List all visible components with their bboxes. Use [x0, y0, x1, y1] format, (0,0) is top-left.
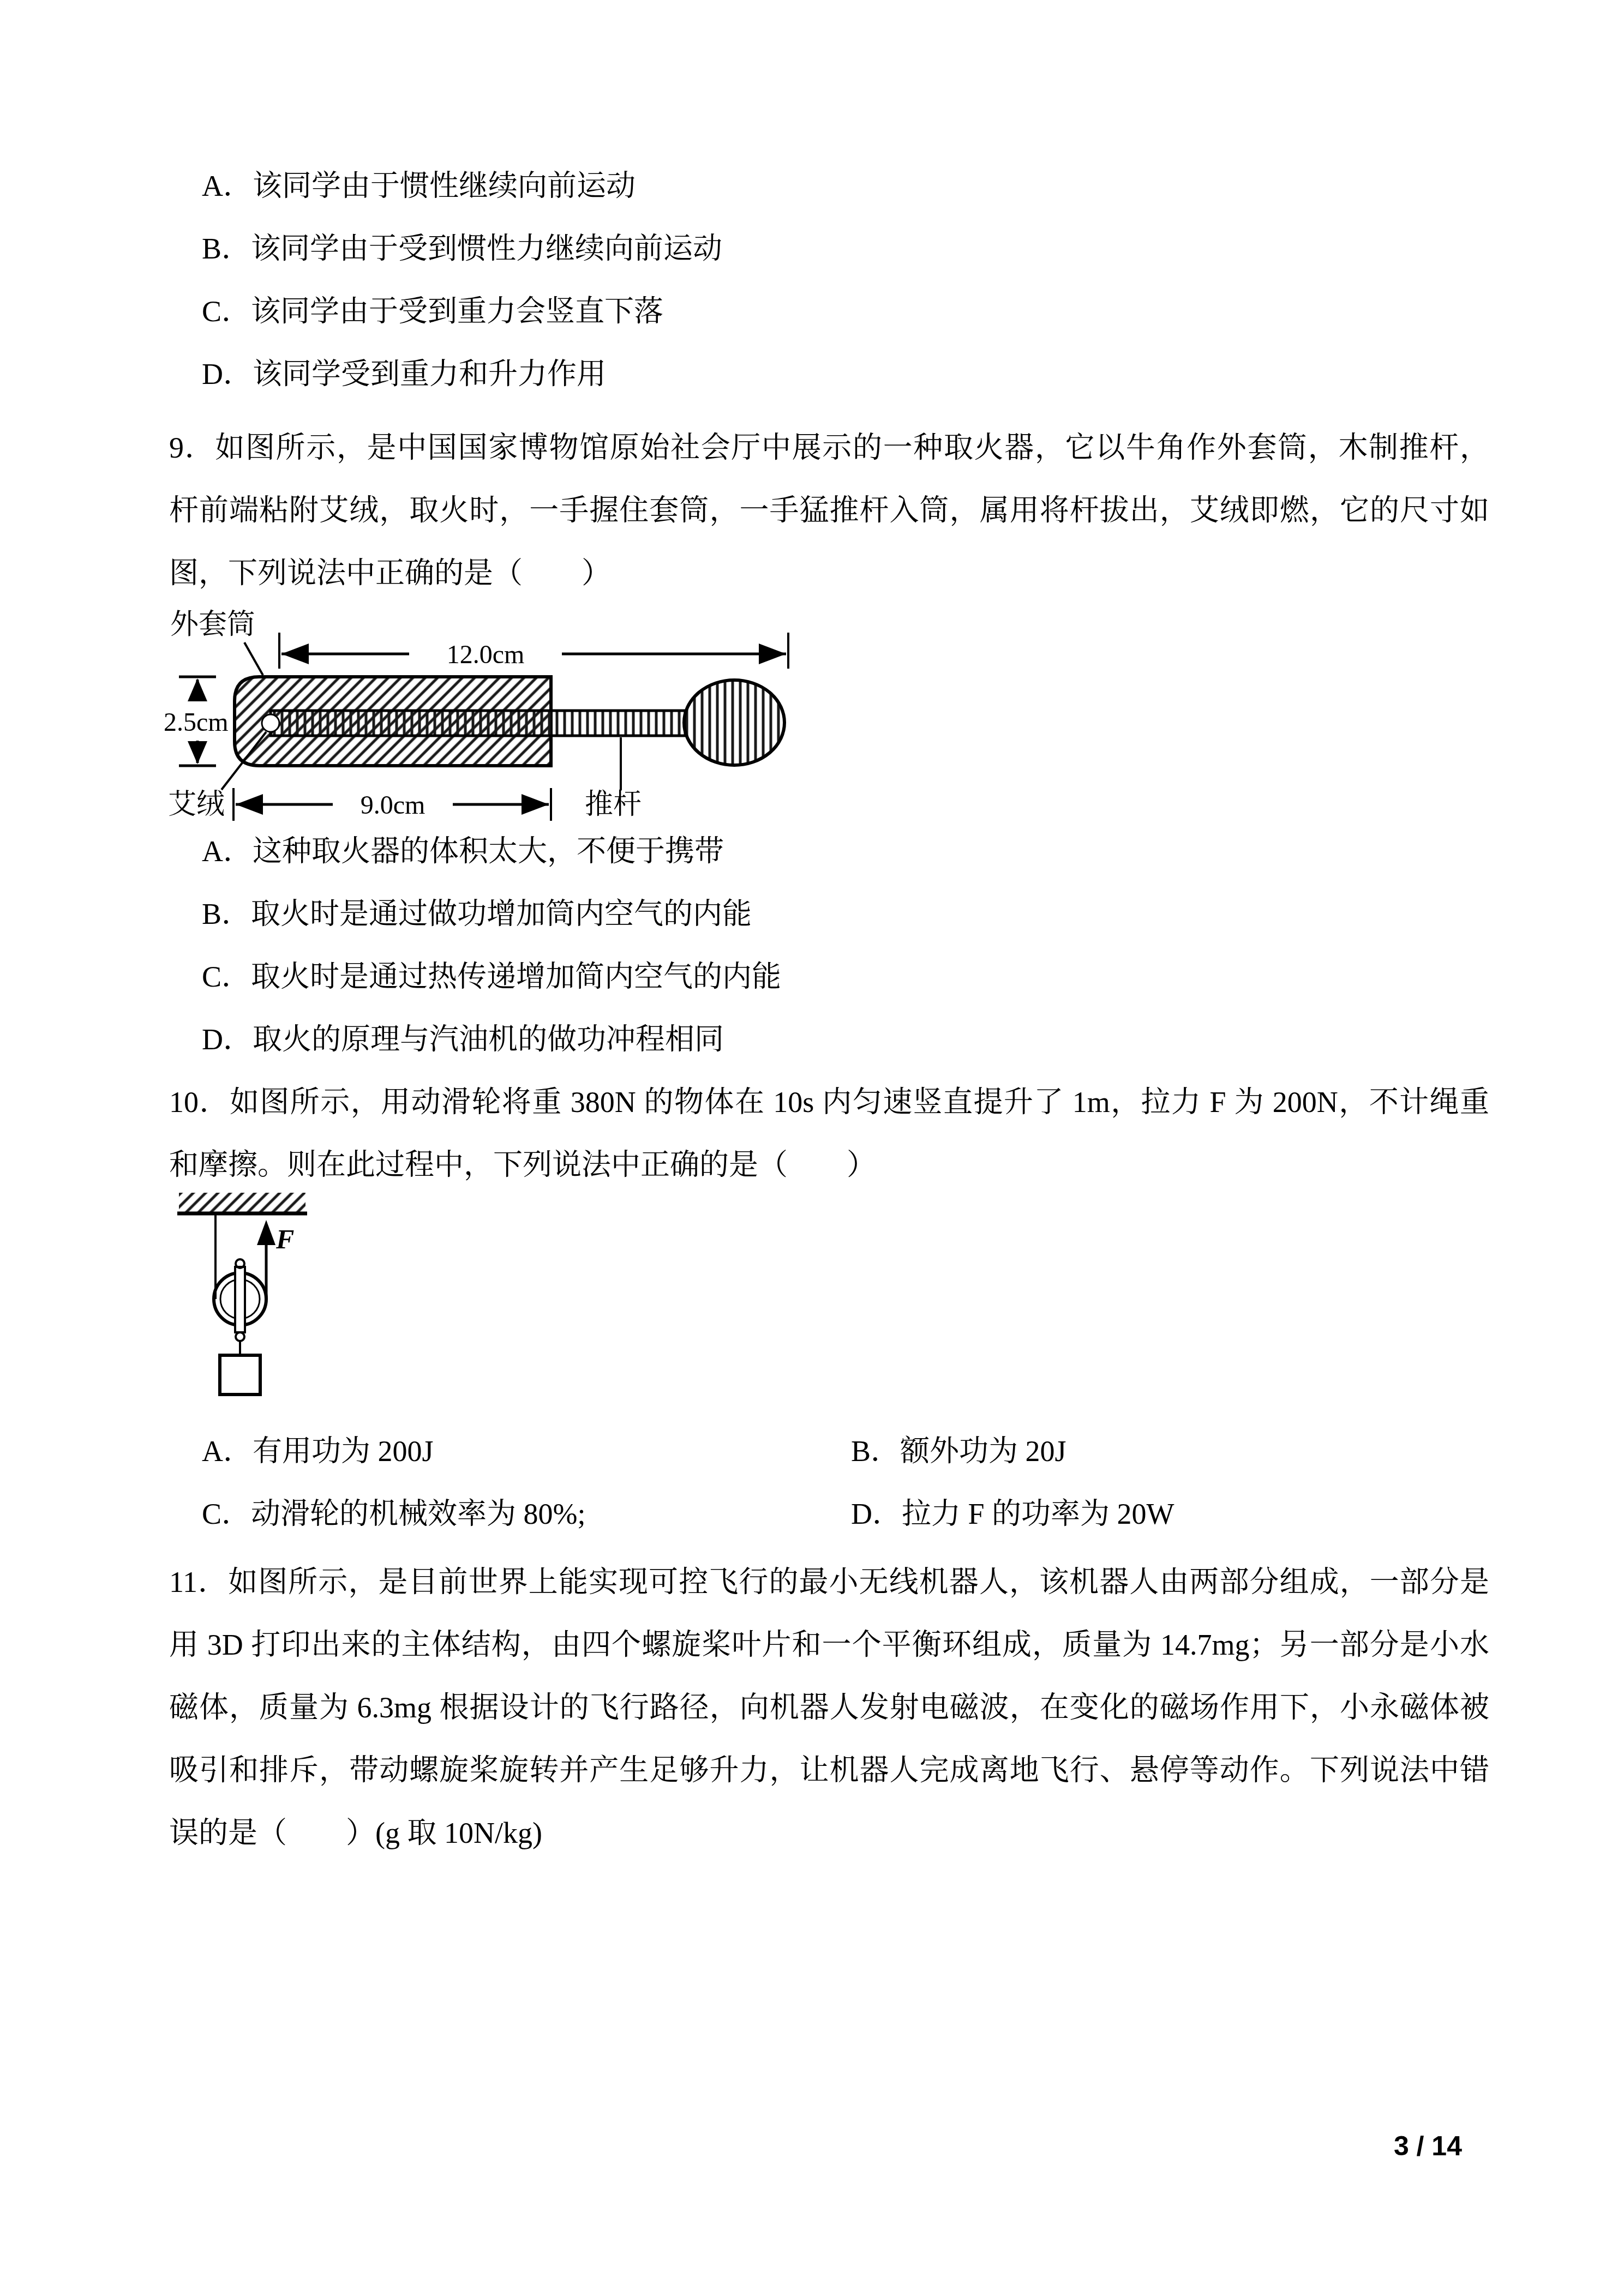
sleeve-label: 外套筒 [170, 609, 255, 640]
tinder-label: 艾绒 [168, 789, 225, 820]
q10-option-d: D．拉力 F 的功率为 20W [851, 1498, 1174, 1530]
dim-bottom-value: 9.0cm [361, 791, 426, 820]
q11-stem-line: 用 3D 打印出来的主体结构，由四个螺旋桨叶片和一个平衡环组成，质量为 14.7… [169, 1614, 1489, 1676]
dim-left-value: 2.5cm [164, 708, 229, 737]
question-9-stem: 9．如图所示，是中国国家博物馆原始社会厅中展示的一种取火器，它以牛角作外套筒，木… [169, 417, 1489, 605]
q9-stem-line: 图，下列说法中正确的是（ ） [169, 542, 1489, 605]
force-label: F [275, 1224, 294, 1254]
question-11-stem: 11．如图所示，是目前世界上能实现可控飞行的最小无线机器人，该机器人由两部分组成… [169, 1551, 1489, 1865]
q8-option-a: A．该同学由于惯性继续向前运动 [202, 155, 722, 218]
dimension-top: 12.0cm [279, 633, 788, 669]
question-10-options: A．有用功为 200JB．额外功为 20J C．动滑轮的机械效率为 80%;D．… [202, 1420, 1174, 1546]
q10-stem-line: 和摩擦。则在此过程中，下列说法中正确的是（ ） [169, 1134, 1489, 1197]
tinder-dot [262, 714, 279, 732]
question-8-options: A．该同学由于惯性继续向前运动 B．该同学由于受到惯性力继续向前运动 C．该同学… [202, 155, 722, 406]
question-9-options: A．这种取火器的体积太大，不便于携带 B．取火时是通过做功增加筒内空气的内能 C… [202, 820, 781, 1071]
q10-option-b: B．额外功为 20J [851, 1435, 1066, 1468]
rod-label: 推杆 [585, 789, 642, 820]
q10-option-a: A．有用功为 200J [202, 1420, 851, 1483]
q9-option-a: A．这种取火器的体积太大，不便于携带 [202, 820, 781, 883]
rod-knob [684, 680, 784, 765]
exam-page: A．该同学由于惯性继续向前运动 B．该同学由于受到惯性力继续向前运动 C．该同学… [0, 0, 1624, 2296]
ceiling-hatch [179, 1193, 305, 1212]
q8-option-d: D．该同学受到重力和升力作用 [202, 343, 722, 406]
q11-stem-line: 磁体，质量为 6.3mg 根据设计的飞行路径，向机器人发射电磁波，在变化的磁场作… [169, 1676, 1489, 1739]
load-block [220, 1355, 260, 1395]
dim-top-value: 12.0cm [447, 640, 525, 669]
q9-option-d: D．取火的原理与汽油机的做功冲程相同 [202, 1008, 781, 1071]
q11-stem-line: 吸引和排斥，带动螺旋桨旋转并产生足够升力，让机器人完成离地飞行、悬停等动作。下列… [169, 1739, 1489, 1802]
page-number: 3 / 14 [1394, 2130, 1462, 2162]
question-9-figure-fire-piston: 外套筒 12.0cm 2.5cm 艾绒 [164, 600, 807, 824]
question-10-stem: 10．如图所示，用动滑轮将重 380N 的物体在 10s 内匀速竖直提升了 1m… [169, 1071, 1489, 1197]
force-arrowhead [257, 1220, 275, 1245]
q8-option-b: B．该同学由于受到惯性力继续向前运动 [202, 218, 722, 280]
q11-stem-line: 误的是（ ）(g 取 10N/kg) [169, 1802, 1489, 1865]
q9-stem-line: 9．如图所示，是中国国家博物馆原始社会厅中展示的一种取火器，它以牛角作外套筒，木… [169, 417, 1489, 479]
q11-stem-line: 11．如图所示，是目前世界上能实现可控飞行的最小无线机器人，该机器人由两部分组成… [169, 1551, 1489, 1614]
question-10-figure-pulley: F [164, 1192, 344, 1410]
q10-option-c: C．动滑轮的机械效率为 80%; [202, 1483, 851, 1546]
q8-option-c: C．该同学由于受到重力会竖直下落 [202, 280, 722, 343]
q9-stem-line: 杆前端粘附艾绒，取火时，一手握住套筒，一手猛推杆入筒，属用将杆拔出，艾绒即燃，它… [169, 479, 1489, 542]
dimension-bottom: 9.0cm [233, 786, 551, 821]
dimension-left: 2.5cm [164, 677, 229, 766]
sleeve-leader-line [244, 642, 263, 675]
q10-stem-line: 10．如图所示，用动滑轮将重 380N 的物体在 10s 内匀速竖直提升了 1m… [169, 1071, 1489, 1134]
push-rod [271, 711, 685, 736]
q9-option-c: C．取火时是通过热传递增加简内空气的内能 [202, 946, 781, 1008]
pulley-axle [235, 1267, 245, 1332]
q9-option-b: B．取火时是通过做功增加筒内空气的内能 [202, 883, 781, 946]
axle-bottom-hook [236, 1332, 244, 1341]
